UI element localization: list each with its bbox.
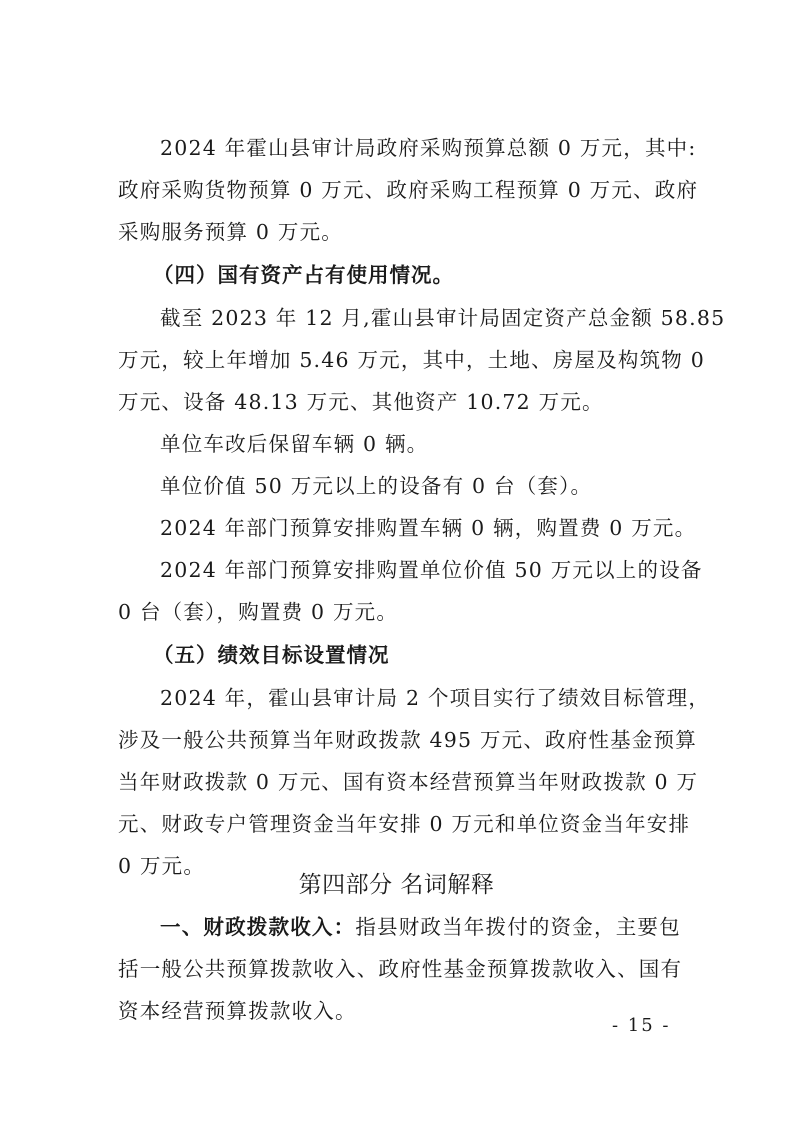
budget-equipment-line-2: 0 台（套），购置费 0 万元。 (118, 598, 678, 626)
term-1-label: 一、财政拨款收入： (160, 915, 355, 939)
section-4-heading: （四）国有资产占有使用情况。 (153, 261, 713, 289)
vehicles-retained: 单位车改后保留车辆 0 辆。 (160, 430, 680, 458)
procurement-line-3: 采购服务预算 0 万元。 (118, 218, 678, 246)
part-4-title: 第四部分 名词解释 (0, 870, 793, 900)
procurement-line-2: 政府采购货物预算 0 万元、政府采购工程预算 0 万元、政府 (118, 176, 678, 204)
performance-line-3: 当年财政拨款 0 万元、国有资本经营预算当年财政拨款 0 万 (118, 768, 678, 796)
performance-line-2: 涉及一般公共预算当年财政拨款 495 万元、政府性基金预算 (118, 726, 678, 754)
procurement-line-1: 2024 年霍山县审计局政府采购预算总额 0 万元，其中: (160, 134, 680, 162)
assets-line-3: 万元、设备 48.13 万元、其他资产 10.72 万元。 (118, 388, 678, 416)
performance-line-1: 2024 年，霍山县审计局 2 个项目实行了绩效目标管理， (160, 684, 680, 712)
budget-vehicles: 2024 年部门预算安排购置车辆 0 辆，购置费 0 万元。 (160, 514, 680, 542)
budget-equipment-line-1: 2024 年部门预算安排购置单位价值 50 万元以上的设备 (160, 556, 680, 584)
term-1-line-2: 括一般公共预算拨款收入、政府性基金预算拨款收入、国有 (118, 955, 678, 983)
term-1-definition-start: 指县财政当年拨付的资金，主要包 (355, 915, 681, 939)
document-page: 2024 年霍山县审计局政府采购预算总额 0 万元，其中: 政府采购货物预算 0… (0, 0, 793, 1122)
assets-line-1: 截至 2023 年 12 月,霍山县审计局固定资产总金额 58.85 (160, 304, 680, 332)
page-number: - 15 - (612, 1014, 671, 1038)
performance-line-4: 元、财政专户管理资金当年安排 0 万元和单位资金当年安排 (118, 810, 678, 838)
term-1-line-1: 一、财政拨款收入：指县财政当年拨付的资金，主要包 (160, 913, 680, 941)
equipment-over-50: 单位价值 50 万元以上的设备有 0 台（套）。 (160, 472, 680, 500)
section-5-heading: （五）绩效目标设置情况 (153, 641, 713, 669)
term-1-line-3: 资本经营预算拨款收入。 (118, 997, 678, 1025)
assets-line-2: 万元，较上年增加 5.46 万元，其中，土地、房屋及构筑物 0 (118, 346, 678, 374)
